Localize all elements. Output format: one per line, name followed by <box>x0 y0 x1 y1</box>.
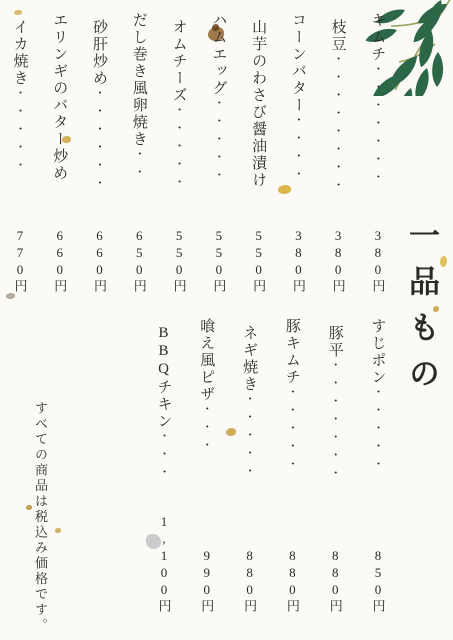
menu-item: キムチ・・・・・・・ 380円 <box>364 12 392 294</box>
item-label: すじポン・・・・・ <box>367 318 388 476</box>
item-label: 砂肝炒め・・・・・・ <box>89 19 110 195</box>
menu-item: 豚平・・・・・・・ 880円 <box>321 318 349 614</box>
item-label: イカ焼き・・・・・ <box>10 19 31 177</box>
item-price: 550円 <box>249 228 268 294</box>
menu-page: 一品もの キムチ・・・・・・・ 380円 枝豆・・・・・・・・ 380円 コーン… <box>0 0 453 640</box>
item-name: コーンバター <box>290 12 306 114</box>
item-dots: ・・・・・ <box>286 386 298 476</box>
item-name: BBQチキン <box>156 325 172 430</box>
page-title: 一品もの <box>399 219 444 403</box>
item-price: 550円 <box>170 228 189 294</box>
item-name: だし巻き風卵焼き <box>131 12 147 148</box>
menu-item: エリンギのバター炒め 660円 <box>46 12 74 294</box>
item-price: 880円 <box>326 548 345 614</box>
item-label: キムチ・・・・・・・ <box>367 12 388 189</box>
menu-item: ネギ焼き・・・・・ 880円 <box>236 318 264 614</box>
item-name: 山芋のわさび醤油漬け <box>250 19 266 189</box>
item-label: BBQチキン・・・ <box>154 325 175 484</box>
menu-item: BBQチキン・・・ 1,100円 <box>150 318 178 614</box>
item-name: エリンギのバター炒め <box>51 12 67 182</box>
item-name: ネギ焼き <box>241 325 257 393</box>
item-name: キムチ <box>369 12 385 63</box>
item-label: だし巻き風卵焼き・・ <box>129 12 150 184</box>
menu-item: 山芋のわさび醤油漬け 550円 <box>245 12 273 294</box>
item-price: 380円 <box>289 228 308 294</box>
item-dots: ・・・・・ <box>212 97 224 187</box>
menu-item: すじポン・・・・・ 850円 <box>364 318 392 614</box>
item-dots: ・・・ <box>158 430 170 484</box>
item-dots: ・・・・・・・・ <box>332 53 344 197</box>
item-name: 枝豆 <box>330 19 346 53</box>
item-label: 喰え風ピザ・・・ <box>196 318 217 457</box>
menu-item: 喰え風ピザ・・・ 990円 <box>193 318 221 614</box>
item-name: すじポン <box>369 318 385 386</box>
item-price: 770円 <box>11 228 30 294</box>
item-label: エリンギのバター炒め <box>49 12 70 182</box>
item-price: 880円 <box>240 548 259 614</box>
item-name: 豚キムチ <box>284 318 300 386</box>
item-dots: ・・・ <box>200 403 212 457</box>
item-dots: ・・ <box>133 148 145 184</box>
item-dots: ・・・・・ <box>371 386 383 476</box>
menu-item: 砂肝炒め・・・・・・ 660円 <box>86 12 114 294</box>
item-label: ハムエッグ・・・・・ <box>208 12 229 187</box>
item-label: オムチーズ・・・・・ <box>169 19 190 194</box>
item-name: イカ焼き <box>12 19 28 87</box>
menu-item: だし巻き風卵焼き・・ 650円 <box>125 12 153 294</box>
item-name: 砂肝炒め <box>91 19 107 87</box>
item-dots: ・・・・・ <box>173 104 185 194</box>
item-dots: ・・・・・・・ <box>329 359 341 485</box>
item-price: 650円 <box>130 228 149 294</box>
item-dots: ・・・・ <box>292 114 304 186</box>
menu-item: イカ焼き・・・・・ 770円 <box>6 12 34 294</box>
item-price: 660円 <box>90 228 109 294</box>
item-dots: ・・・・・・ <box>93 87 105 195</box>
menu-group-bottom: すじポン・・・・・ 850円 豚平・・・・・・・ 880円 豚キムチ・・・・・ … <box>150 318 392 614</box>
item-label: 豚平・・・・・・・ <box>325 325 346 485</box>
item-dots: ・・・・・ <box>243 393 255 483</box>
item-price: 990円 <box>197 548 216 614</box>
item-name: ハムエッグ <box>210 12 226 97</box>
menu-item: 豚キムチ・・・・・ 880円 <box>278 318 306 614</box>
item-label: 枝豆・・・・・・・・ <box>328 19 349 197</box>
item-name: 豚平 <box>327 325 343 359</box>
item-label: 豚キムチ・・・・・ <box>282 318 303 476</box>
item-price: 550円 <box>209 228 228 294</box>
tax-note: すべての商品は税込み価格です。 <box>31 401 50 634</box>
item-label: コーンバター・・・・ <box>288 12 309 186</box>
item-price: 880円 <box>283 548 302 614</box>
menu-item: オムチーズ・・・・・ 550円 <box>165 12 193 294</box>
item-label: 山芋のわさび醤油漬け <box>248 19 269 189</box>
menu-item: ハムエッグ・・・・・ 550円 <box>205 12 233 294</box>
item-price: 1,100円 <box>155 514 174 614</box>
menu-item: コーンバター・・・・ 380円 <box>284 12 312 294</box>
item-label: ネギ焼き・・・・・ <box>239 325 260 483</box>
menu-group-top: キムチ・・・・・・・ 380円 枝豆・・・・・・・・ 380円 コーンバター・・… <box>6 12 392 294</box>
item-name: オムチーズ <box>171 19 187 104</box>
item-price: 850円 <box>368 548 387 614</box>
menu-item: 枝豆・・・・・・・・ 380円 <box>324 12 352 294</box>
paper-stain <box>55 528 61 533</box>
item-dots: ・・・・・・・ <box>371 63 383 189</box>
item-dots: ・・・・・ <box>14 87 26 177</box>
item-price: 380円 <box>329 228 348 294</box>
item-price: 380円 <box>368 228 387 294</box>
item-name: 喰え風ピザ <box>198 318 214 403</box>
item-price: 660円 <box>50 228 69 294</box>
